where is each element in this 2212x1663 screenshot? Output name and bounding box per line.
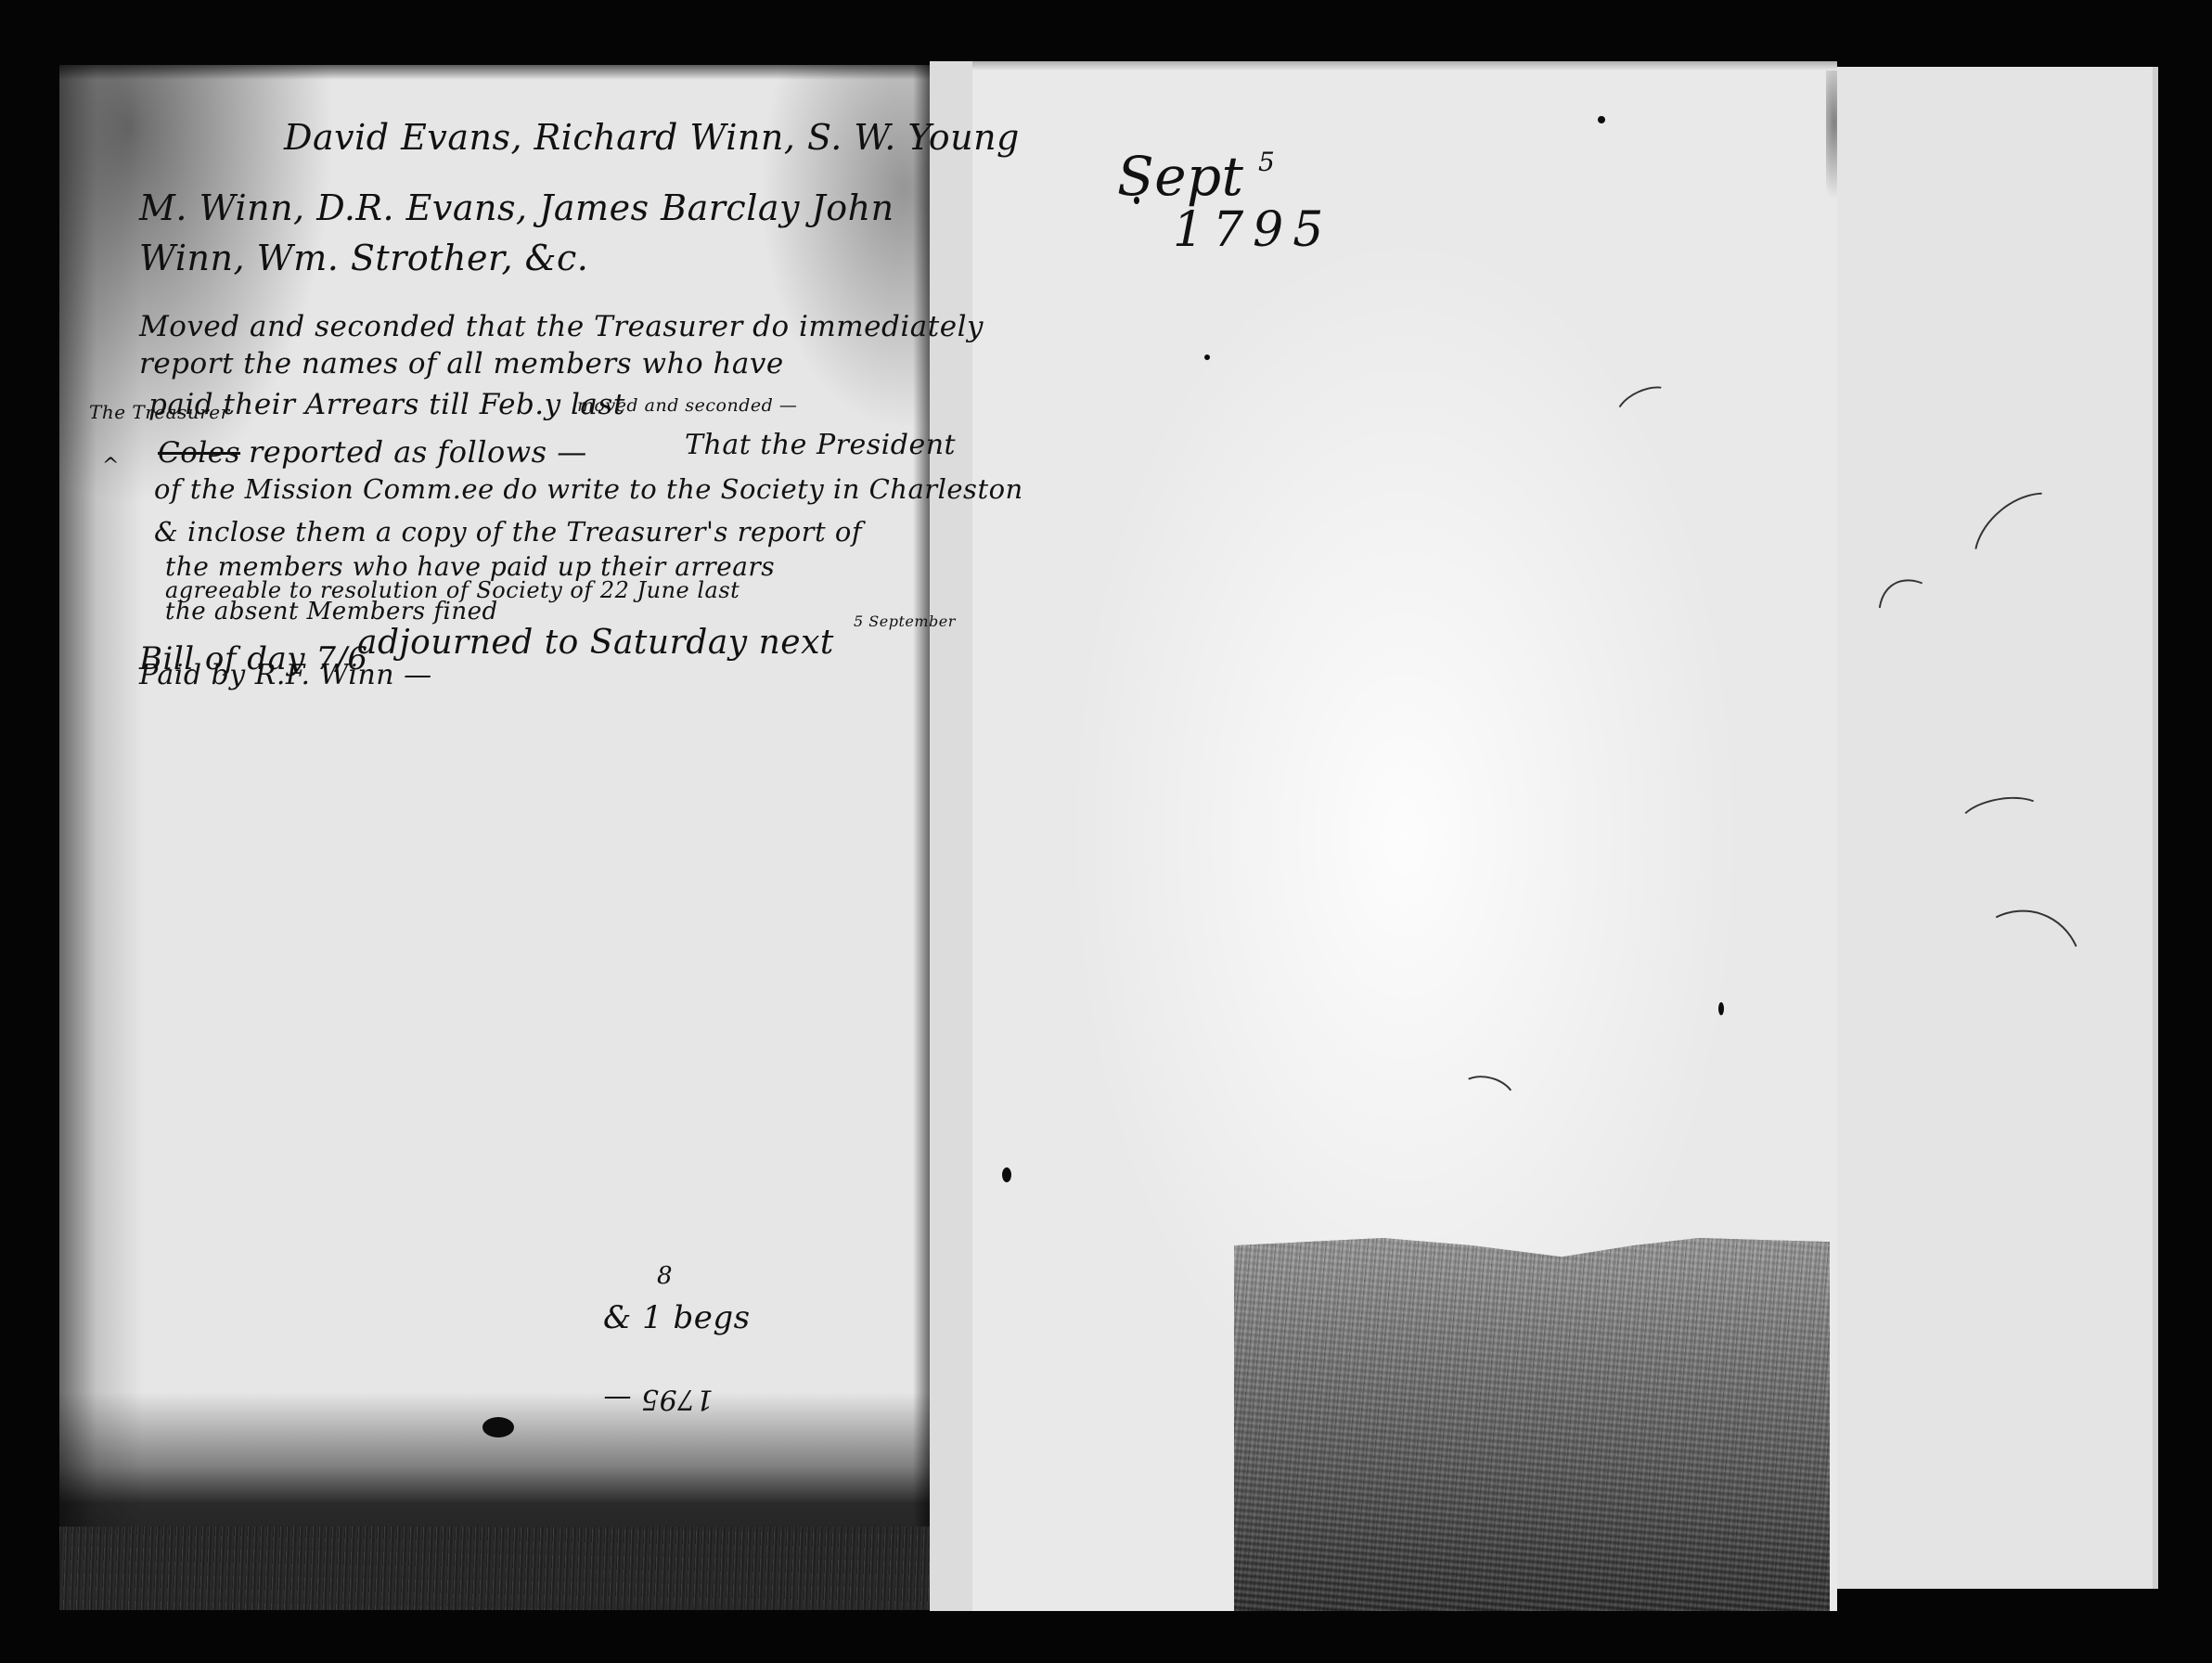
attendance-line-3: Winn, Wm. Strother, &c.: [139, 238, 588, 278]
ink-speck: [1204, 355, 1210, 360]
resolution-line-1: That the President: [685, 429, 956, 461]
adjournment-line: adjourned to Saturday next: [357, 624, 834, 662]
ink-speck: [1598, 116, 1605, 123]
date-year: 1795: [1173, 202, 1332, 258]
page-fold-gutter: [930, 61, 974, 1611]
tally-top: 8: [657, 1262, 673, 1290]
left-page: [59, 65, 930, 1605]
resolution-line-3: & inclose them a copy of the Treasurer's…: [154, 516, 862, 548]
ink-blot: [482, 1417, 514, 1437]
interlinear-note: moved and seconded —: [577, 395, 797, 416]
resolution-line-2: of the Mission Comm.ee do write to the S…: [154, 473, 1023, 505]
date-month: Sept: [1117, 145, 1244, 208]
paid-by-line: Paid by R.F. Winn —: [139, 659, 432, 691]
left-page-bottom-shadow: [59, 1527, 932, 1610]
superscript-date-note: 5 September: [854, 612, 956, 630]
attendance-line-2: M. Winn, D.R. Evans, James Barclay John: [139, 187, 894, 228]
motion-line-1: Moved and seconded that the Treasurer do…: [139, 310, 984, 343]
margin-note: The Treasurer: [89, 401, 230, 423]
inverted-archive-number: 1795 —: [603, 1383, 714, 1415]
resolution-line-6: the absent Members fined: [165, 598, 498, 625]
motion-line-2: report the names of all members who have: [139, 347, 784, 380]
report-line: reported as follows —: [249, 434, 587, 470]
attendance-line-1: David Evans, Richard Winn, S. W. Young: [284, 117, 1020, 158]
ink-speck: [1002, 1167, 1011, 1182]
tally-bottom: & 1 begs: [603, 1299, 751, 1336]
insertion-caret: ^: [102, 455, 120, 478]
ink-speck: [1718, 1002, 1724, 1015]
struck-word: Coles: [158, 436, 240, 470]
stained-area: [1234, 1234, 1830, 1611]
date-day: 5: [1258, 147, 1275, 177]
